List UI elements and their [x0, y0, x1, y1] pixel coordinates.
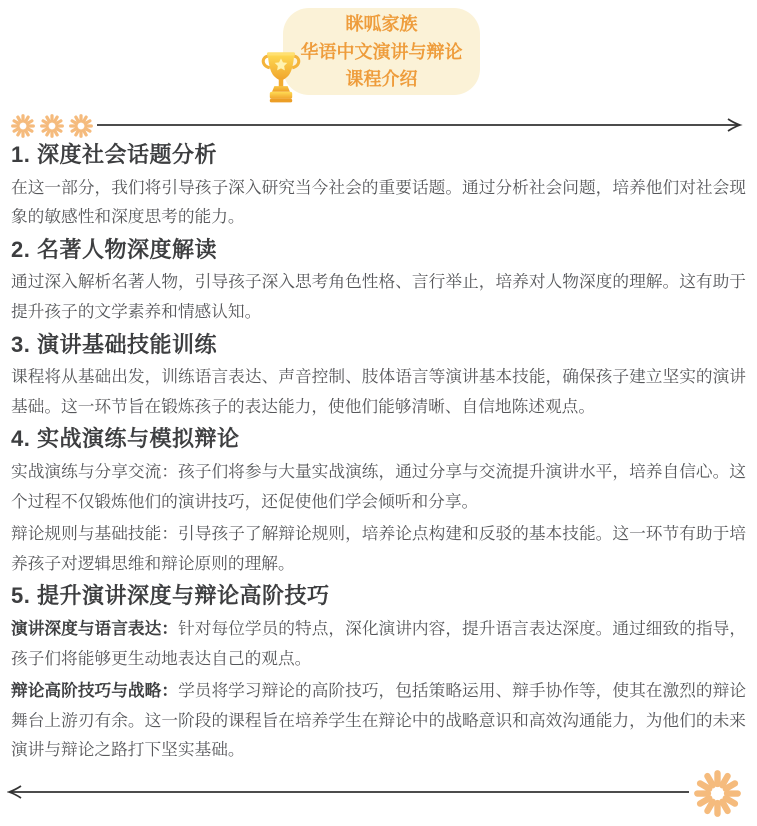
course-content: 1. 深度社会话题分析 在这一部分，我们将引导孩子深入研究当今社会的重要话题。通… — [11, 140, 746, 768]
paragraph-lead: 辩论高阶技巧与战略： — [11, 681, 178, 700]
section-paragraph: 课程将从基础出发，训练语言表达、声音控制、肢体语言等演讲基本技能，确保孩子建立坚… — [11, 362, 746, 421]
section-paragraph: 在这一部分，我们将引导孩子深入研究当今社会的重要话题。通过分析社会问题，培养他们… — [11, 173, 746, 232]
flower-icon — [39, 113, 65, 139]
top-flower-row — [10, 113, 94, 139]
section-heading: 3. 演讲基础技能训练 — [11, 330, 746, 360]
arrow-left-divider — [7, 783, 689, 801]
section-paragraph: 演讲深度与语言表达：针对每位学员的特点，深化演讲内容，提升语言表达深度。通过细致… — [11, 614, 746, 673]
paragraph-text: 辩论规则与基础技能：引导孩子了解辩论规则，培养论点构建和反驳的基本技能。这一环节… — [11, 524, 746, 573]
badge-title-line2: 华语中文演讲与辩论 — [301, 39, 463, 67]
section-paragraph: 辩论规则与基础技能：引导孩子了解辩论规则，培养论点构建和反驳的基本技能。这一环节… — [11, 519, 746, 578]
badge-title-line3: 课程介绍 — [346, 66, 418, 94]
section-practice-debate: 4. 实战演练与模拟辩论 实战演练与分享交流：孩子们将参与大量实战演练，通过分享… — [11, 424, 746, 578]
section-paragraph: 通过深入解析名著人物，引导孩子深入思考角色性格、言行举止，培养对人物深度的理解。… — [11, 267, 746, 326]
paragraph-lead: 演讲深度与语言表达： — [11, 619, 178, 638]
section-paragraph: 辩论高阶技巧与战略：学员将学习辩论的高阶技巧，包括策略运用、辩手协作等，使其在激… — [11, 676, 746, 765]
header-badge: 眯呱家族 华语中文演讲与辩论 课程介绍 — [283, 8, 480, 95]
course-intro-page: 眯呱家族 华语中文演讲与辩论 课程介绍 — [0, 0, 757, 826]
flower-icon — [692, 768, 743, 819]
paragraph-text: 实战演练与分享交流：孩子们将参与大量实战演练，通过分享与交流提升演讲水平，培养自… — [11, 462, 746, 511]
section-heading: 1. 深度社会话题分析 — [11, 140, 746, 170]
badge-title-line1: 眯呱家族 — [346, 11, 418, 39]
section-heading: 4. 实战演练与模拟辩论 — [11, 424, 746, 454]
trophy-icon — [260, 50, 302, 107]
paragraph-text: 课程将从基础出发，训练语言表达、声音控制、肢体语言等演讲基本技能，确保孩子建立坚… — [11, 367, 746, 416]
section-heading: 5. 提升演讲深度与辩论高阶技巧 — [11, 581, 746, 611]
section-paragraph: 实战演练与分享交流：孩子们将参与大量实战演练，通过分享与交流提升演讲水平，培养自… — [11, 457, 746, 516]
paragraph-text: 通过深入解析名著人物，引导孩子深入思考角色性格、言行举止，培养对人物深度的理解。… — [11, 272, 746, 321]
section-heading: 2. 名著人物深度解读 — [11, 235, 746, 265]
paragraph-text: 在这一部分，我们将引导孩子深入研究当今社会的重要话题。通过分析社会问题，培养他们… — [11, 178, 746, 227]
arrow-right-divider — [97, 116, 743, 134]
section-advanced-skills: 5. 提升演讲深度与辩论高阶技巧 演讲深度与语言表达：针对每位学员的特点，深化演… — [11, 581, 746, 765]
section-speech-basics: 3. 演讲基础技能训练 课程将从基础出发，训练语言表达、声音控制、肢体语言等演讲… — [11, 330, 746, 422]
section-literary-figures: 2. 名著人物深度解读 通过深入解析名著人物，引导孩子深入思考角色性格、言行举止… — [11, 235, 746, 327]
flower-icon — [10, 113, 36, 139]
section-social-topics: 1. 深度社会话题分析 在这一部分，我们将引导孩子深入研究当今社会的重要话题。通… — [11, 140, 746, 232]
flower-icon — [68, 113, 94, 139]
